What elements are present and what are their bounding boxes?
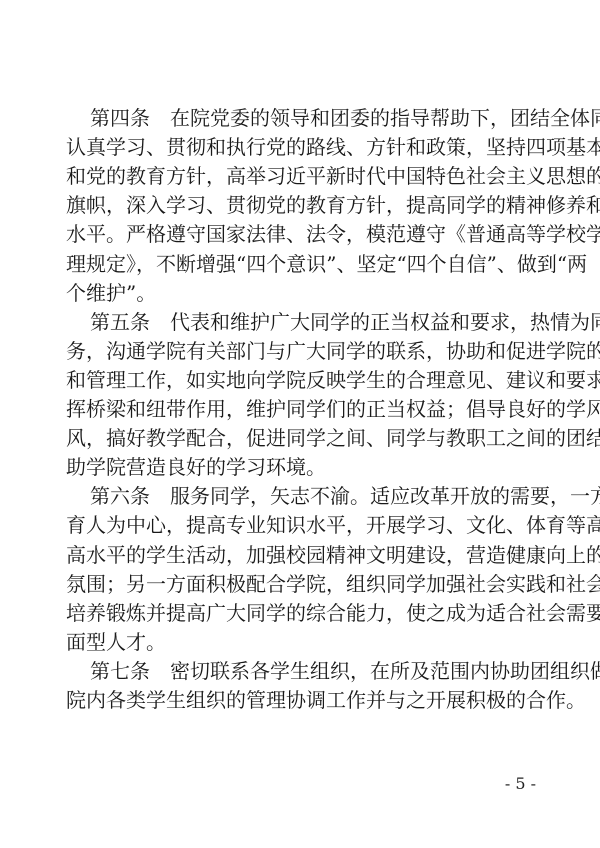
article-7-line-1: 第七条 密切联系各学生组织，在所及范围内协助团组织做好学 (90, 659, 540, 683)
article-5-line-5: 风，搞好教学配合，促进同学之间、同学与教职工之间的团结，协 (66, 426, 540, 450)
article-6-line-3: 高水平的学生活动，加强校园精神文明建设，营造健康向上的成才 (66, 543, 540, 567)
article-6-line-5: 培养锻炼并提高广大同学的综合能力，使之成为适合社会需要的全 (66, 601, 540, 625)
article-5-line-1: 第五条 代表和维护广大同学的正当权益和要求，热情为同学服 (90, 310, 540, 334)
article-5-line-4: 挥桥梁和纽带作用，维护同学们的正当权益；倡导良好的学风、院 (66, 397, 540, 421)
article-5-line-6: 助学院营造良好的学习环境。 (66, 455, 540, 479)
article-4-line-6: 理规定》，不断增强“四个意识”、坚定“四个自信”、做到“两 (66, 252, 540, 276)
article-6-line-6: 面型人才。 (66, 630, 540, 654)
article-6-line-4: 氛围；另一方面积极配合学院，组织同学加强社会实践和社会服务， (66, 572, 540, 596)
page-number: - 5 - (505, 774, 536, 794)
document-page: 第四条 在院党委的领导和团委的指导帮助下，团结全体同学， 认真学习、贯彻和执行党… (0, 0, 600, 848)
article-4-line-4: 旗帜，深入学习、贯彻党的教育方针，提高同学的精神修养和认知 (66, 193, 540, 217)
article-4-line-3: 和党的教育方针，高举习近平新时代中国特色社会主义思想的伟大 (66, 164, 540, 188)
article-4-line-5: 水平。严格遵守国家法律、法令，模范遵守《普通高等学校学生管 (66, 222, 540, 246)
article-5-line-2: 务，沟通学院有关部门与广大同学的联系，协助和促进学院的教育 (66, 339, 540, 363)
article-5-line-3: 和管理工作，如实地向学院反映学生的合理意见、建议和要求，发 (66, 368, 540, 392)
article-7-line-2: 院内各类学生组织的管理协调工作并与之开展积极的合作。 (66, 688, 540, 712)
article-4-line-2: 认真学习、贯彻和执行党的路线、方针和政策，坚持四项基本原则 (66, 135, 540, 159)
article-6-line-1: 第六条 服务同学，矢志不渝。适应改革开放的需要，一方面以 (90, 484, 540, 508)
article-6-line-2: 育人为中心，提高专业知识水平，开展学习、文化、体育等高层次、 (66, 513, 540, 537)
article-4-line-7: 个维护”。 (66, 281, 540, 305)
article-4-line-1: 第四条 在院党委的领导和团委的指导帮助下，团结全体同学， (90, 106, 540, 130)
